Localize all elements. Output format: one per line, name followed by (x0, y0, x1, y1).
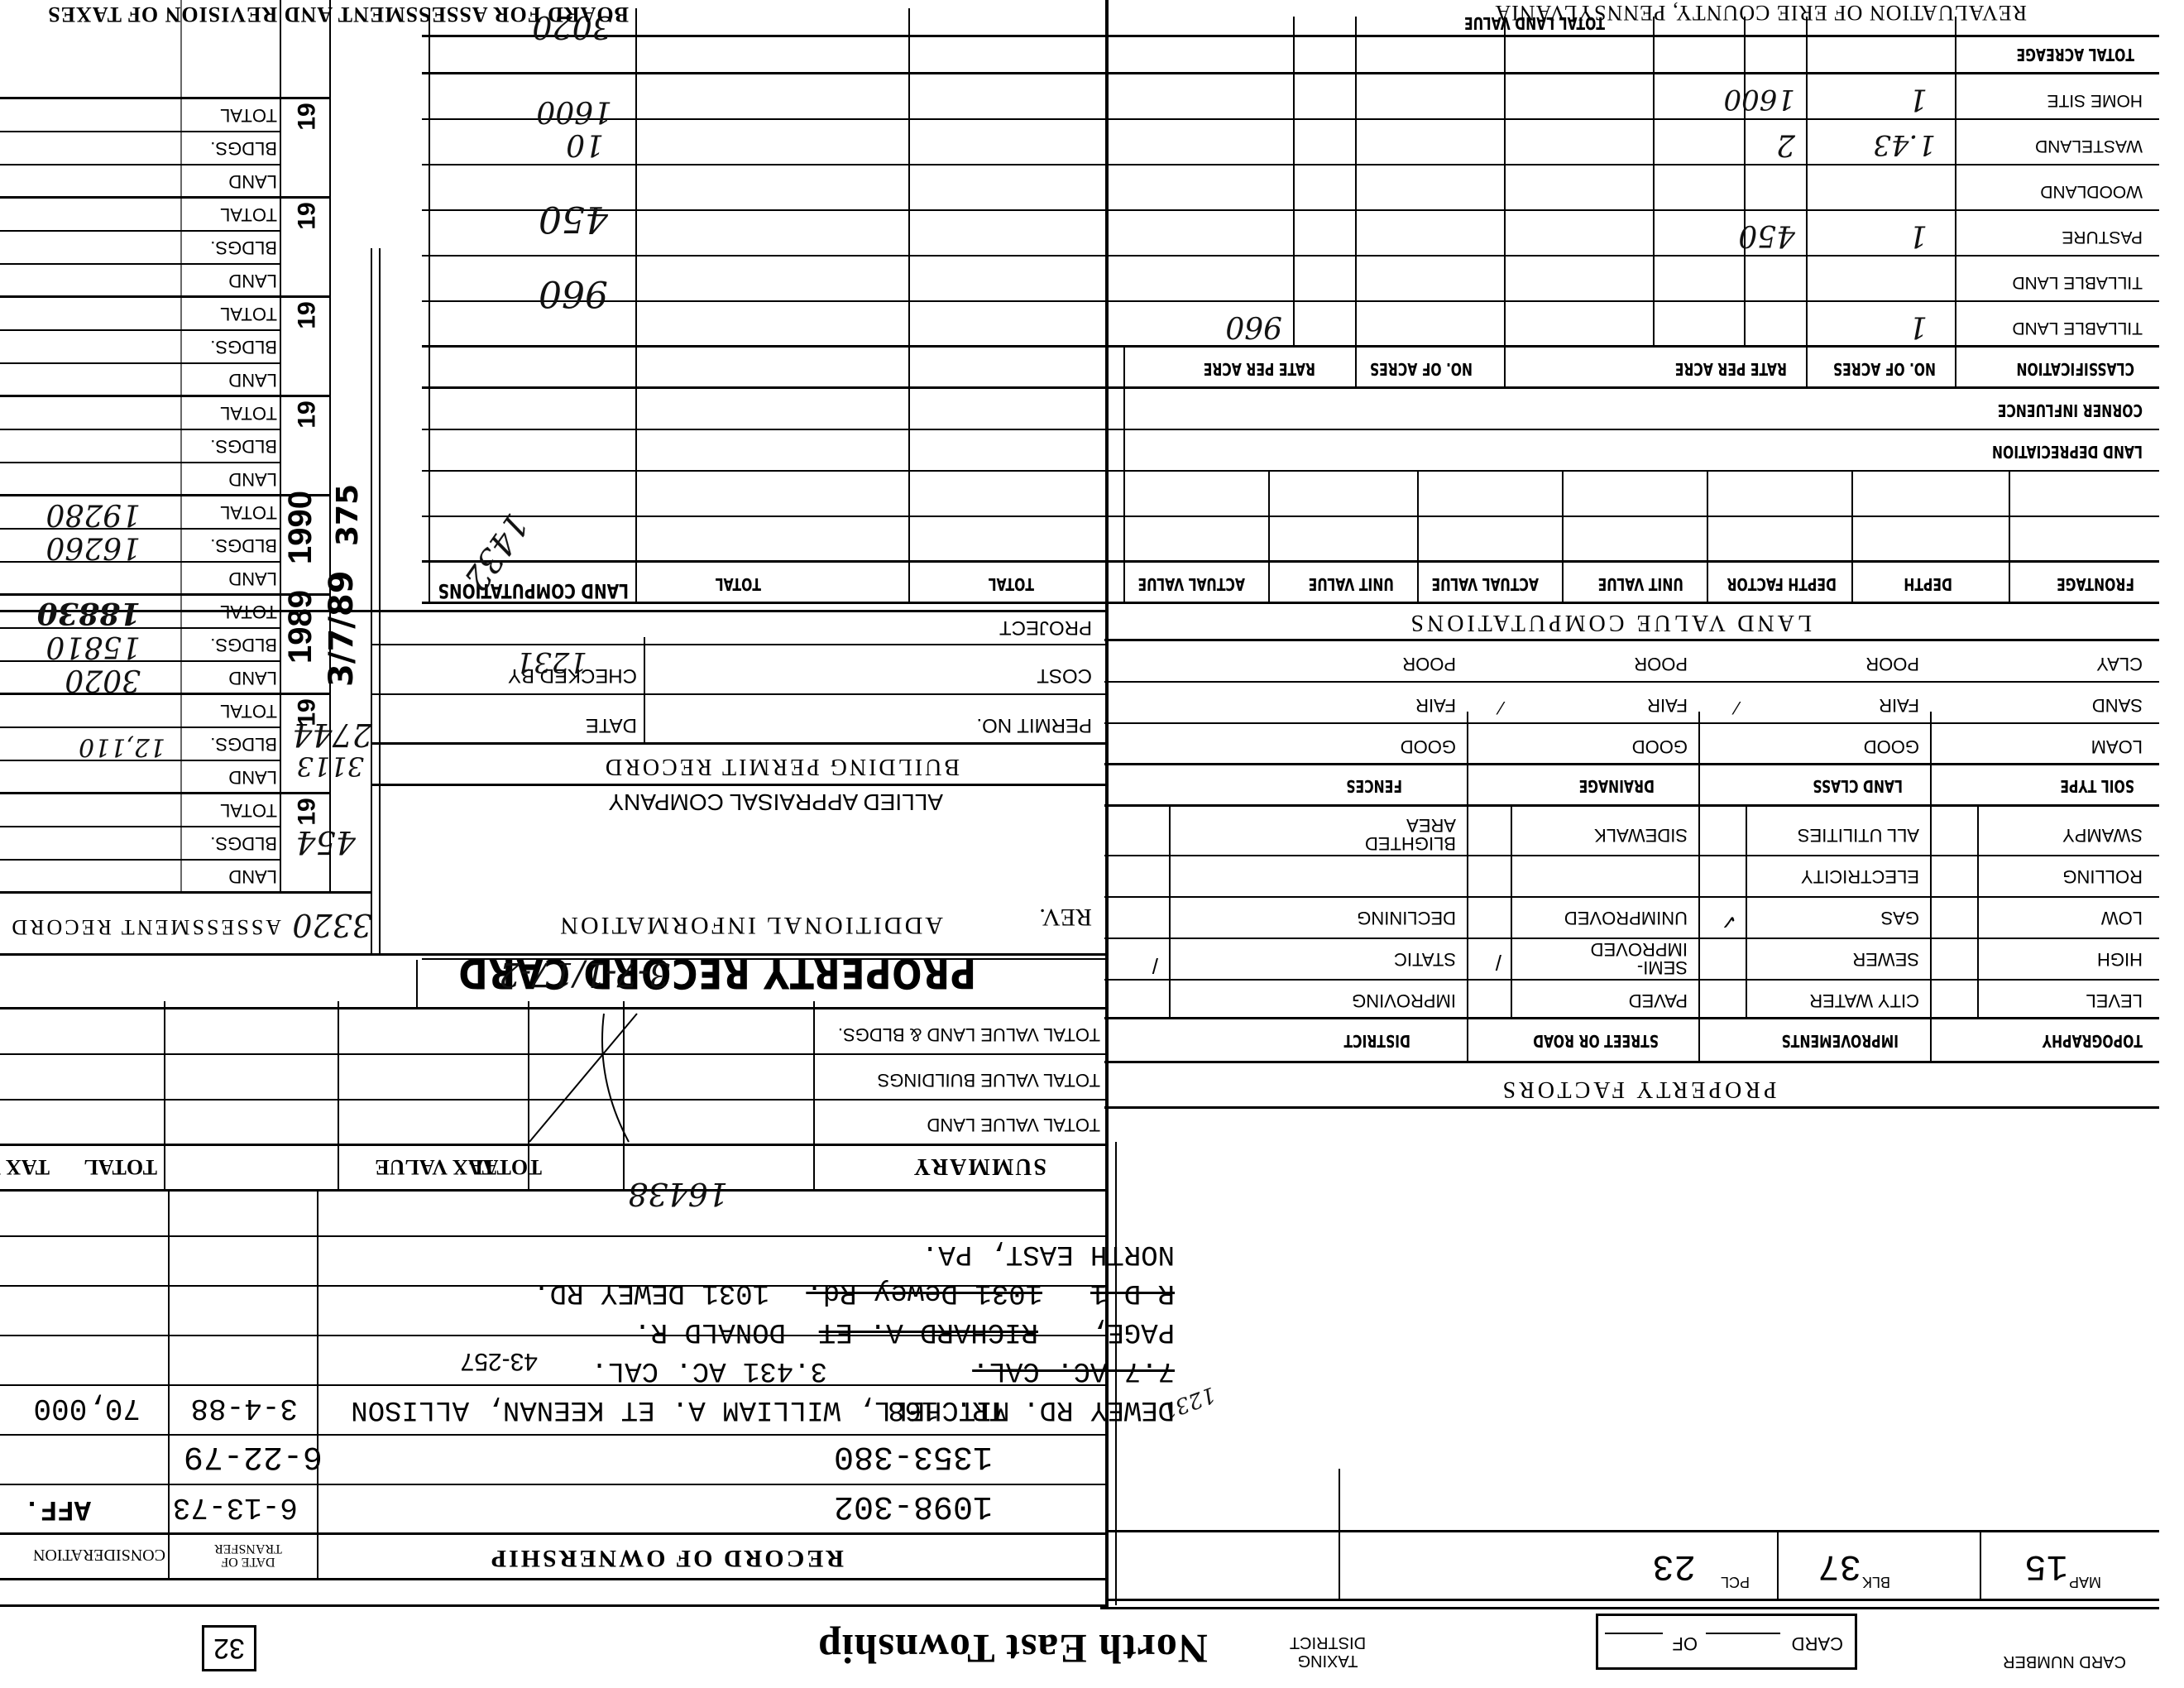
assess-bldgs-2: 12,110 (79, 732, 165, 761)
assess-label-land: LAND (228, 568, 277, 589)
pasture-rate: 450 (1738, 218, 1795, 252)
soil-type-header: SOIL TYPE (2060, 776, 2134, 796)
assess-label-land: LAND (228, 270, 277, 291)
summary-tax-value-2: TAX VALUE (0, 1154, 50, 1179)
address-city: NORTH EAST, PA. (922, 1238, 1175, 1269)
date-label: DATE (586, 713, 637, 736)
class-tillable-1: TILLABLE LAND (2012, 318, 2143, 338)
land-class-header: LAND CLASS (1813, 776, 1903, 796)
ownership-record-4: 43-257 (461, 1347, 538, 1375)
lv-actual-value-1: ACTUAL VALUE (1431, 574, 1539, 594)
pasture-acres: 1 (1909, 218, 1928, 252)
property-record-card: CARD NUMBER CARD OF TAXING DISTRICT Nort… (0, 0, 2184, 1688)
summary-row-land-bldgs: TOTAL VALUE LAND & BLDGS. (838, 1024, 1100, 1045)
assess-year-7: 19 (293, 202, 321, 229)
lc-value-10: 10 (566, 127, 604, 161)
summary-cross-out-icon (521, 1005, 645, 1146)
board-label: BOARD FOR ASSESSMENT AND REVISION OF TAX… (47, 2, 629, 26)
taxing-district-label: TAXING DISTRICT (1274, 1633, 1382, 1670)
map-value[interactable]: 15 (2024, 1545, 2068, 1586)
assess-label-bldgs: BLDGS. (210, 435, 277, 457)
rate-header-2: RATE PER ACRE (1204, 359, 1315, 379)
assess-year-2: 19 (293, 698, 321, 726)
land-class-good: GOOD (1864, 736, 1919, 757)
pcl-value[interactable]: 23 (1652, 1545, 1696, 1586)
lc-value-960: 960 (539, 272, 608, 314)
assess-label-total: TOTAL (220, 501, 277, 523)
impr-city-water: CITY WATER (1809, 990, 1919, 1011)
land-class-fair: FAIR (1879, 694, 1919, 716)
impr-electricity: ELECTRICITY (1801, 866, 1919, 887)
land-class-poor: POOR (1865, 653, 1919, 674)
total-acreage-label: TOTAL ACREAGE (2016, 45, 2134, 65)
drainage-fair: FAIR (1647, 694, 1688, 716)
pcl-label: PCL (1721, 1573, 1750, 1590)
land-depreciation-label: LAND DEPRECIATION (1992, 442, 2143, 462)
ownership-date-2: 6-22-79 (184, 1437, 323, 1475)
lv-frontage: FRONTAGE (2057, 574, 2134, 594)
wasteland-acres: 1.43 (1873, 128, 1936, 161)
impr-sewer: SEWER (1852, 948, 1919, 970)
district-code-box[interactable]: 32 (202, 1625, 256, 1671)
soil-clay: CLAY (2096, 653, 2143, 674)
allied-appraisal-label: ALLIED APPRAISAL COMPANY (608, 789, 943, 815)
building-permit-title: BUILDING PERMIT RECORD (603, 753, 960, 779)
assess-year-5: 19 (293, 400, 321, 428)
summary-row-land: TOTAL VALUE LAND (927, 1114, 1100, 1135)
assessment-grid: LAND BLDGS. TOTAL 19 LAND BLDGS. 12,110 … (0, 0, 331, 894)
owner-surname: PAGE, (1090, 1316, 1175, 1347)
cost-label: COST (1037, 664, 1092, 687)
ownership-record-1: 1098-302 (834, 1487, 993, 1524)
drainage-fair-check-icon[interactable]: ⁄ (1498, 697, 1501, 718)
assess-label-total: TOTAL (220, 104, 277, 126)
of-label: OF (1672, 1633, 1698, 1654)
drainage-header: DRAINAGE (1579, 776, 1655, 796)
district-improving: IMPROVING (1352, 990, 1456, 1011)
ownership-record-3: MITCHELL, WILLIAM A. ET KEENAN, ALLISON (351, 1393, 1009, 1425)
assess-year-1990: 1990 (282, 491, 319, 564)
lc-value-450: 450 (539, 198, 608, 240)
summary-total-2: TOTAL (84, 1154, 157, 1179)
land-class-fair-check-icon[interactable]: ⁄ (1734, 697, 1737, 718)
acres-header-1: NO. OF ACRES (1833, 359, 1936, 379)
topo-level: LEVEL (2086, 990, 2143, 1011)
ownership-record-2: 1353-380 (834, 1437, 993, 1475)
assess-label-bldgs: BLDGS. (210, 634, 277, 655)
topo-swampy: SWAMPY (2062, 824, 2143, 846)
semi-improved-check-icon[interactable]: / (1496, 949, 1501, 975)
summary-tax-value-1: TAX VALUE (375, 1154, 496, 1179)
project-label: PROJECT (999, 616, 1092, 639)
lv-actual-value-2: ACTUAL VALUE (1137, 574, 1245, 594)
class-woodland: WOODLAND (2040, 181, 2143, 201)
rev-label: REV. (1039, 903, 1092, 931)
fences-header: FENCES (1346, 776, 1402, 796)
land-value-computations-title: LAND VALUE COMPUTATIONS (1407, 609, 1812, 635)
assess-year-1989: 1989 (282, 590, 319, 664)
class-wasteland: WASTELAND (2035, 136, 2143, 156)
gas-check-icon[interactable]: ✓ (1721, 909, 1737, 933)
fences-good: GOOD (1401, 736, 1456, 757)
assess-label-total: TOTAL (220, 601, 277, 622)
ownership-consideration-1: AFF. (23, 1493, 91, 1524)
ownership-date-3: 3-4-88 (190, 1391, 298, 1425)
fences-fair: FAIR (1415, 694, 1456, 716)
assess-label-total: TOTAL (220, 700, 277, 722)
topo-low: LOW (2101, 907, 2143, 928)
owner-old-name-struck: RICHARD A. ET (819, 1316, 1038, 1347)
map-label: MAP (2069, 1573, 2101, 1590)
assess-label-total: TOTAL (220, 799, 277, 821)
assess-year-1: 19 (293, 798, 321, 825)
drainage-poor: POOR (1634, 653, 1688, 674)
lc-value-1231: 1231 (515, 645, 587, 679)
address-rd-struck: R D 1 (1090, 1277, 1175, 1308)
impr-gas: GAS (1881, 907, 1919, 928)
property-factors-title: PROPERTY FACTORS (1117, 1076, 2159, 1102)
consideration-label: CONSIDERATION (33, 1545, 165, 1564)
assess-label-total: TOTAL (220, 402, 277, 424)
assess-label-bldgs: BLDGS. (210, 237, 277, 258)
assess-label-land: LAND (228, 369, 277, 391)
taxing-district-value[interactable]: North East Township (817, 1625, 1208, 1673)
lc-value-1600: 1600 (536, 94, 612, 128)
ownership-consideration-3: 70,000 (33, 1391, 141, 1425)
assess-label-bldgs: BLDGS. (210, 137, 277, 159)
assess-land-1989: 3020 (65, 663, 141, 697)
topo-rolling: ROLLING (2062, 866, 2143, 887)
district-declining: DECLINING (1357, 907, 1456, 928)
card-label: CARD (1792, 1633, 1843, 1654)
topography-header: TOPOGRAPHY (2043, 1031, 2143, 1051)
class-pasture: PASTURE (2062, 227, 2143, 247)
drainage-good: GOOD (1632, 736, 1688, 757)
assess-year-6: 19 (293, 301, 321, 328)
soil-loam: LOAM (2091, 736, 2143, 757)
assess-label-bldgs: BLDGS. (210, 733, 277, 755)
acres-header-2: NO. OF ACRES (1370, 359, 1473, 379)
assess-bldgs-1989: 15810 (45, 630, 141, 664)
handwritten-date: 3-7-1/17-2 (499, 955, 670, 993)
assess-label-total: TOTAL (220, 303, 277, 324)
blk-label: BLK (1862, 1573, 1890, 1590)
assessment-record-title: ASSESSMENT RECORD (9, 914, 281, 939)
assess-label-land: LAND (228, 170, 277, 192)
assess-label-land: LAND (228, 866, 277, 887)
assess-label-bldgs: BLDGS. (210, 336, 277, 357)
district-blighted-area: BLIGHTED AREA (1357, 816, 1456, 852)
address-line-2-struck: 7.7 AC. CAL. (972, 1355, 1175, 1386)
topo-high: HIGH (2097, 948, 2143, 970)
owner-new-name: DONALD R. (634, 1316, 786, 1347)
road-semi-improved: SEMI-IMPROVED (1580, 940, 1688, 976)
lv-depth-factor: DEPTH FACTOR (1727, 574, 1837, 594)
assess-bldgs-1990: 16260 (45, 530, 141, 564)
lv-unit-value-1: UNIT VALUE (1598, 574, 1683, 594)
summary-title: SUMMARY (912, 1153, 1046, 1179)
summary-row-buildings: TOTAL VALUE BUILDINGS (878, 1069, 1100, 1091)
home-site-rate: 1600 (1723, 83, 1795, 116)
assess-year-8: 19 (293, 103, 321, 130)
soil-sand: SAND (2092, 694, 2143, 716)
date-of-transfer-label: DATE OF TRANSFER (190, 1542, 306, 1568)
lv-depth: DEPTH (1904, 574, 1952, 594)
improvements-header: IMPROVEMENTS (1782, 1031, 1899, 1051)
ownership-date-1: 6-13-73 (173, 1490, 298, 1524)
assess-label-land: LAND (228, 667, 277, 688)
impr-all-utilities: ALL UTILITIES (1798, 824, 1919, 846)
handwritten-note: 16438 (628, 1176, 728, 1212)
road-sidewalk: SIDEWALK (1594, 824, 1688, 846)
blk-value[interactable]: 37 (1818, 1545, 1861, 1586)
road-paved: PAVED (1629, 990, 1688, 1011)
lv-unit-value-2: UNIT VALUE (1309, 574, 1394, 594)
record-of-ownership-title: RECORD OF OWNERSHIP (489, 1544, 844, 1572)
permit-no-label: PERMIT NO. (976, 713, 1092, 736)
home-site-acres: 1 (1909, 82, 1928, 116)
class-tillable-2: TILLABLE LAND (2012, 272, 2143, 292)
card-number-label: CARD NUMBER (2035, 1653, 2126, 1670)
handwritten-info-1: 3320 (292, 907, 372, 943)
street-road-header: STREET OR ROAD (1533, 1031, 1659, 1051)
assess-label-bldgs: BLDGS. (210, 535, 277, 556)
assess-label-total: TOTAL (220, 204, 277, 225)
fences-poor: POOR (1402, 653, 1456, 674)
district-header: DISTRICT (1343, 1031, 1410, 1051)
wasteland-rate: 2 (1776, 127, 1795, 161)
class-home-site: HOME SITE (2047, 90, 2143, 110)
stamp-375: 375 (331, 484, 365, 546)
tillable-1-rate2: 960 (1225, 309, 1282, 343)
rate-header-1: RATE PER ACRE (1675, 359, 1787, 379)
lv-total-1: TOTAL (989, 574, 1034, 594)
tillable-1-acres: 1 (1909, 309, 1928, 343)
assess-label-bldgs: BLDGS. (210, 832, 277, 854)
lv-total-2: TOTAL (716, 574, 761, 594)
district-static: STATIC (1394, 948, 1456, 970)
address-street: 1031 DEWEY RD. (533, 1277, 769, 1308)
additional-info-title: ADDITIONAL INFORMATION (558, 911, 943, 939)
card-of-box: CARD OF (1596, 1614, 1857, 1670)
corner-influence-label: CORNER INFLUENCE (1998, 400, 2143, 420)
assess-total-1990: 19280 (45, 497, 141, 531)
address-line-3: 3.431 AC. CAL. (591, 1355, 827, 1386)
revaluation-footer: REVALUATION OF ERIE COUNTY, PENNSYLVANIA (1494, 0, 2027, 25)
assess-total-1989: 18830 (37, 596, 141, 631)
road-unimproved: UNIMPROVED (1564, 907, 1688, 928)
address-old-street-struck: 1031 Dewey Rd. (806, 1277, 1042, 1308)
map-blk-pcl-row: MAP 15 BLK 37 PCL 23 (1109, 1530, 2159, 1601)
assess-label-land: LAND (228, 468, 277, 490)
assess-label-land: LAND (228, 766, 277, 788)
static-check-icon[interactable]: / (1152, 952, 1158, 978)
stamp-date: 3/7/89 (323, 570, 361, 687)
classification-header: CLASSIFICATION (2016, 359, 2134, 379)
